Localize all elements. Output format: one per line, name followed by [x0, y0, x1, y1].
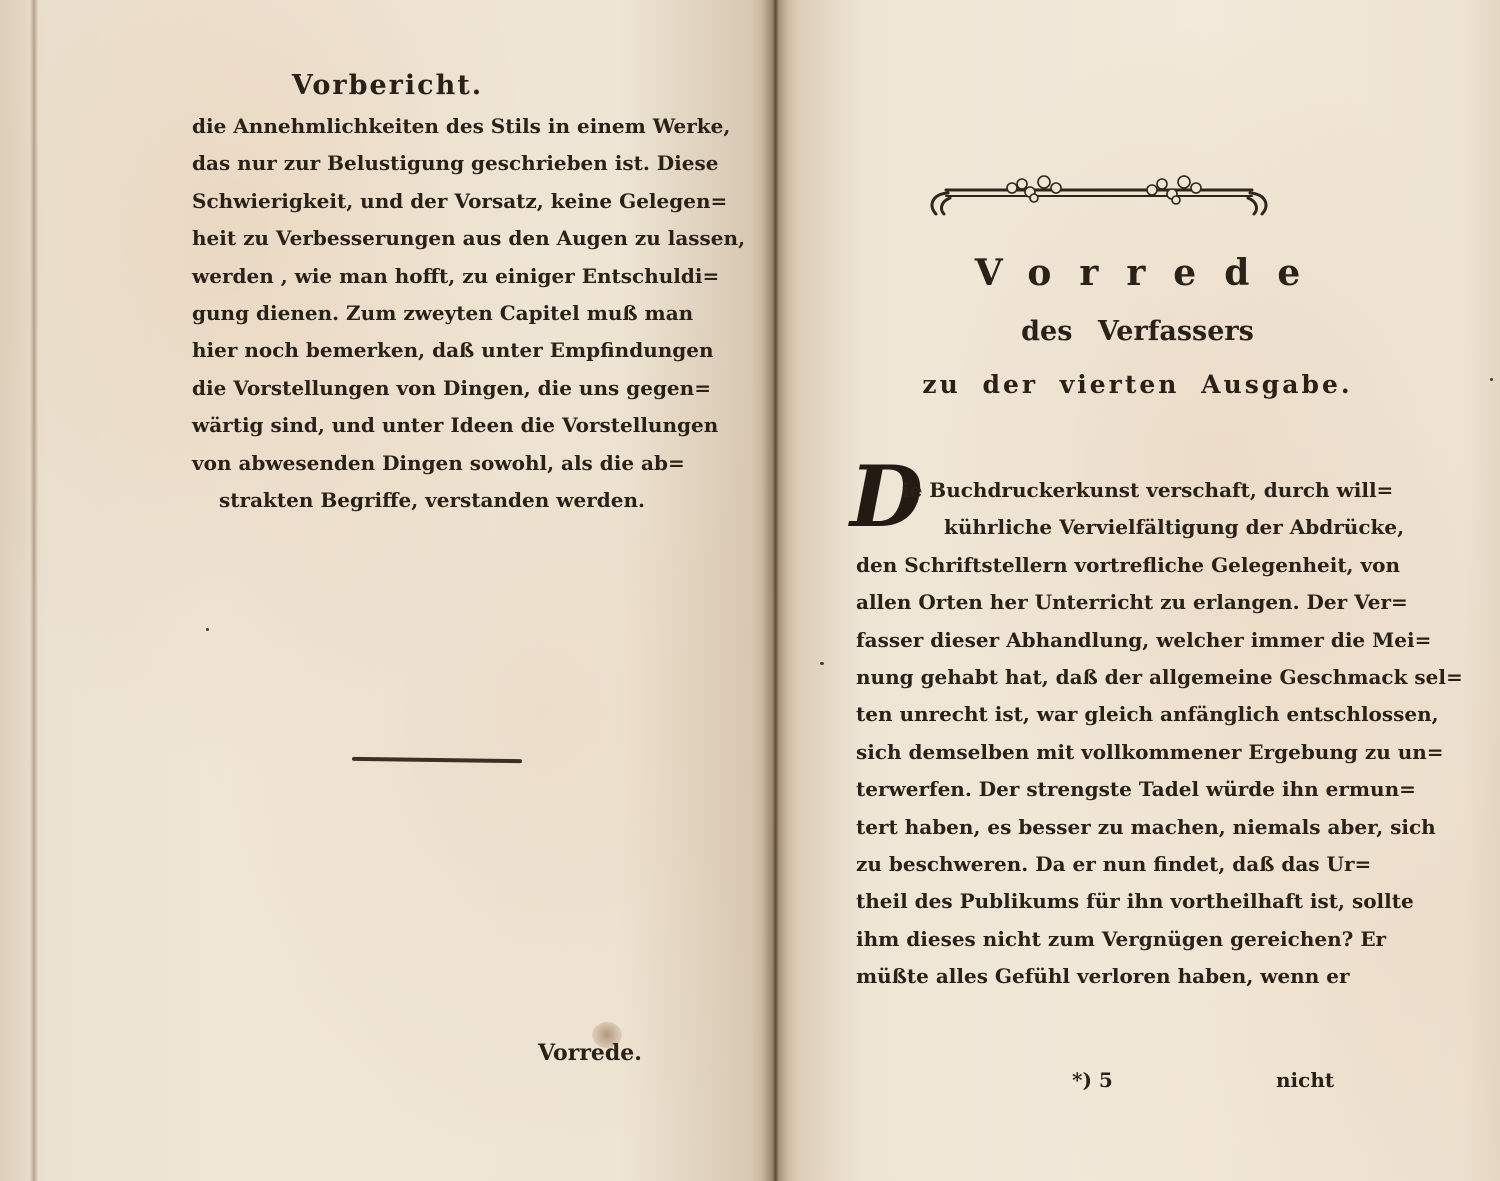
text-line: nung gehabt hat, daß der allgemeine Gesc… [856, 659, 1330, 696]
page-edge-shadow [30, 0, 38, 1181]
text-line: fasser dieser Abhandlung, welcher immer … [856, 622, 1330, 659]
text-line: die Vorstellungen von Dingen, die uns ge… [192, 370, 672, 407]
text-line: theil des Publikums für ihn vortheilhaft… [856, 883, 1330, 920]
text-line: kührliche Vervielfältigung der Abdrücke, [856, 509, 1330, 546]
left-body-text: die Annehmlichkeiten des Stils in einem … [192, 108, 672, 519]
text-line: sich demselben mit vollkommener Ergebung… [856, 734, 1330, 771]
text-line: ie Buchdruckerkunst verschaft, durch wil… [856, 472, 1330, 509]
chapter-subtitle: des Verfassers [775, 316, 1500, 347]
text-line: terwerfen. Der strengste Tadel würde ihn… [856, 771, 1330, 808]
running-head: Vorbericht. [0, 70, 775, 101]
right-body-text: ie Buchdruckerkunst verschaft, durch wil… [856, 472, 1330, 996]
chapter-subtitle-edition: zu der vierten Ausgabe. [775, 370, 1500, 399]
text-line: das nur zur Belustigung geschrieben ist.… [192, 145, 672, 182]
text-line: heit zu Verbesserungen aus den Augen zu … [192, 220, 672, 257]
catchword: nicht [1276, 1068, 1334, 1092]
book-gutter [762, 0, 788, 1181]
ink-speck [206, 628, 209, 631]
text-line: strakten Begriffe, verstanden werden. [192, 482, 672, 519]
text-line: hier noch bemerken, daß unter Empfindung… [192, 332, 672, 369]
floral-ornament-icon [926, 172, 1272, 218]
ink-speck [1490, 378, 1493, 381]
text-line: Schwierigkeit, und der Vorsatz, keine Ge… [192, 183, 672, 220]
text-line: tert haben, es besser zu machen, niemals… [856, 809, 1330, 846]
text-line: ten unrecht ist, war gleich anfänglich e… [856, 696, 1330, 733]
catchword: Vorrede. [538, 1040, 642, 1066]
text-line: den Schriftstellern vortrefliche Gelegen… [856, 547, 1330, 584]
text-line: wärtig sind, und unter Ideen die Vorstel… [192, 407, 672, 444]
text-line: von abwesenden Dingen sowohl, als die ab… [192, 445, 672, 482]
text-line: allen Orten her Unterricht zu erlangen. … [856, 584, 1330, 621]
text-line: zu beschweren. Da er nun findet, daß das… [856, 846, 1330, 883]
text-line: gung dienen. Zum zweyten Capitel muß man [192, 295, 672, 332]
signature-mark: *) 5 [1072, 1068, 1113, 1092]
ink-speck [820, 662, 824, 665]
chapter-title: Vorrede [775, 252, 1500, 294]
text-line: die Annehmlichkeiten des Stils in einem … [192, 108, 672, 145]
text-line: ihm dieses nicht zum Vergnügen gereichen… [856, 921, 1330, 958]
text-line: müßte alles Gefühl verloren haben, wenn … [856, 958, 1330, 995]
text-line: werden , wie man hofft, zu einiger Entsc… [192, 258, 672, 295]
